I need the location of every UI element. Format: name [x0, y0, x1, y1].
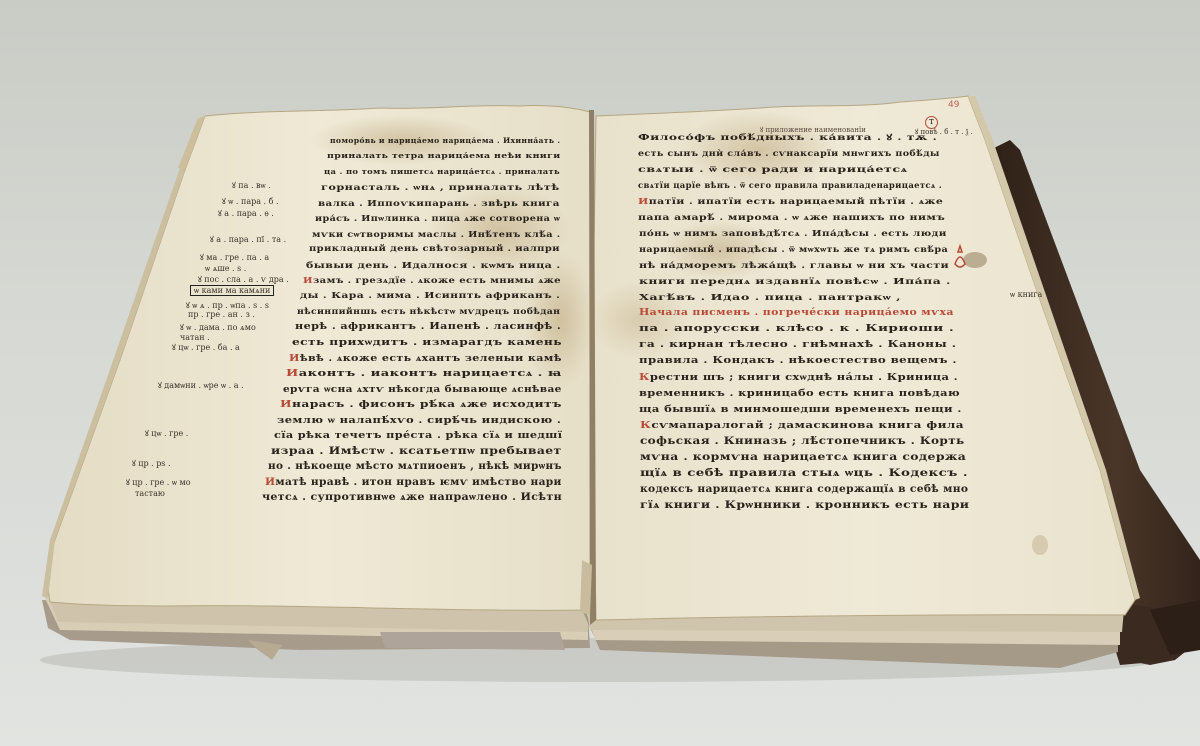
text-line: сїа рѣка течетъ пре́ста . рѣка сїѧ и шед…	[274, 430, 562, 441]
text-line: книги переднѧ издавнїѧ повѣсѡ . Ипа́па .	[639, 276, 951, 286]
text-line: нѣ на́дморемъ лѣжа́щѣ . главы ѡ ни хъ ча…	[639, 260, 949, 270]
text-line: валка . Иппоѵкипарань . звѣрь книга	[318, 198, 560, 208]
text-line: Филосо́фъ побѣ́дныхъ . ка́вита . ꙋ . тѫ …	[638, 132, 937, 143]
margin-note: ꙋ пос . сла . а . ѵ дра .	[198, 274, 289, 285]
text-line: есть сынъ днѝ сла́въ . сѵнаксарїи мнѡгих…	[638, 148, 940, 158]
text-line: Хагѣ́въ . Идао . пица . пантракѡ ,	[639, 292, 901, 302]
text-line: по́нь ѡ нимъ заповѣдѣ́тсѧ . Ипа́дѣсы . е…	[639, 228, 947, 238]
text-line: софьская . Книназь ; лѣ́стопечникъ . Кор…	[640, 436, 965, 447]
text-line: щїѧ в себѣ правила стыѧ ѡць . Кодексъ .	[640, 468, 968, 479]
text-line: Ипатїи . ипатїи есть нарицаемый пѣтїи . …	[638, 196, 943, 206]
margin-note: ꙋ дамѡни . ѡре ѡ . а .	[158, 380, 244, 391]
right-margin-note: ѡ книга	[1010, 290, 1042, 299]
margin-note: ꙋ па . вѡ .	[232, 180, 271, 191]
margin-note: чатан .	[180, 333, 210, 342]
text-line: горнасталь . ѡнѧ , приналать лѣтѣ	[321, 182, 560, 192]
text-line: свѧтїи царїе вѣнъ . ѿ сего правила прави…	[638, 180, 942, 190]
text-line: ды . Кара . мима . Исинпть африканъ .	[300, 291, 560, 301]
text-line: гїѧ книги . Крѡнники . кронникъ есть нар…	[640, 500, 969, 511]
text-line: приналать тетра нарица́ема неѣи книги	[327, 151, 561, 160]
text-line: Иѣвѣ . ѧкоже есть ѧхантъ зеленыи камѣ	[289, 353, 562, 364]
margin-note: ꙋ ѡ . пара . б .	[222, 196, 279, 207]
margin-note: ꙋ цѡ . гре .	[145, 428, 188, 439]
text-line: свѧтыи . ѿ сего ради и нарица́етсѧ	[638, 164, 908, 174]
text-line: Иматѣ нравѣ . итон нравъ ѥмѵ имѣство нар…	[265, 477, 562, 488]
text-line: мѵна . кормѵна нарицаетсѧ книга содержа	[640, 452, 966, 463]
text-line: но . нѣкоеще мѣсто мѧтпиоенъ , нѣкѣ мирѡ…	[268, 461, 562, 472]
text-line: Иаконтъ . иаконтъ нарицаетсѧ . ꙗ	[286, 368, 562, 379]
margin-note: пр . гре . ан . з .	[188, 310, 255, 319]
margin-note: ꙋ а . пара . ѳ .	[218, 208, 274, 219]
text-line: ца . по томъ пишетсѧ нарица́етсѧ . прина…	[324, 167, 560, 176]
margin-note: ꙋ цѡ . гре . ба . а	[172, 342, 240, 353]
margin-note: ꙋ цр . рѕ .	[132, 458, 171, 469]
text-line: бывыи день . Идалнося . кѡмъ ница .	[306, 260, 561, 271]
text-line: израа . Имѣстѡ . ксатьетпѡ пребывает	[271, 446, 562, 457]
margin-note: ꙋ цр . гре . ѡ мо	[126, 477, 191, 488]
book-illustration	[0, 0, 1200, 746]
text-line: ерѵга ѡсна ѧхтѵ нѣкогда бывающе ѧснѣвае	[283, 384, 562, 395]
text-line: ща бывшїѧ в минмошедши временехъ пещи .	[639, 404, 962, 415]
text-line: Инарасъ . фисонъ рѣ́ка ѧже исходитъ	[280, 399, 562, 410]
text-line: землю ѡ налапѣ́хѵо . сирѣ́чь индискою .	[277, 415, 561, 426]
text-line: четсѧ . супротивнѡе ѧже напраѡлено . Исѣ…	[262, 492, 562, 503]
text-line: Крестни шъ ; книги схѡднѣ на́лы . Криниц…	[639, 372, 958, 383]
text-line: па . апорусски . клѣсо . к . Кириоши .	[639, 324, 954, 334]
text-line: правила . Кондакъ . нѣкоестество вещемъ …	[639, 356, 957, 366]
right-header-circle: т	[925, 116, 938, 129]
text-line: нарицаемый . ипадѣсы . ѿ мѡхѡть же тѧ ри…	[639, 244, 948, 254]
text-line: мѵки сѡтворимы маслы . Инѣ́тенъ клѣ́а .	[312, 229, 560, 239]
text-line: га . кирнан тѣлесно . гнѣмнахѣ . Каноны …	[639, 340, 956, 350]
text-line-rubric: Начала писменъ . погрече́ски нарица́емо …	[639, 308, 954, 318]
text-line: ира́съ . Ипѡлинка . пица ѧже сотворена ѡ	[315, 213, 560, 223]
margin-note: тастаю	[135, 489, 165, 498]
text-line: временникъ . криницабо есть книга повѣда…	[639, 388, 960, 399]
margin-note: ꙋ ѡ . дама . по ѧмо	[180, 322, 256, 333]
margin-note: ꙋ ма . гре . па . а	[200, 252, 269, 263]
folio-number: 49	[948, 100, 959, 110]
text-line: поморо́вь и нарица́емо нарица́ема . Ихин…	[330, 136, 560, 145]
text-line: нѣсинпийншь есть нѣкѣстѡ мѵдрецъ побѣдан	[297, 306, 560, 317]
text-line: Ксѵмапаралогай ; дамаскинова книга фила	[640, 420, 964, 431]
margin-note: ѡ ѧше . ѕ .	[205, 264, 246, 273]
text-line: есть прихѡдитъ . измарагдъ камень	[292, 337, 562, 348]
text-line: кодексъ нарицаетсѧ книга содержащїѧ в се…	[640, 484, 968, 495]
margin-note: ꙋ а . пара . пї . та .	[210, 234, 286, 245]
text-line: прикладный день свѣтозарный . иалпри	[309, 244, 560, 254]
margin-note-boxed: ѡ ками ма камѧни	[190, 286, 274, 295]
text-line: Изамъ . грезѧдїе . ѧкоже есть мнимы ѧже	[303, 275, 561, 286]
text-line: папа амарѣ́ . мирома . ѡ ѧже нашихъ по н…	[638, 212, 945, 222]
text-line: нерѣ . африкантъ . Иапенѣ . ласинфѣ .	[295, 322, 561, 332]
